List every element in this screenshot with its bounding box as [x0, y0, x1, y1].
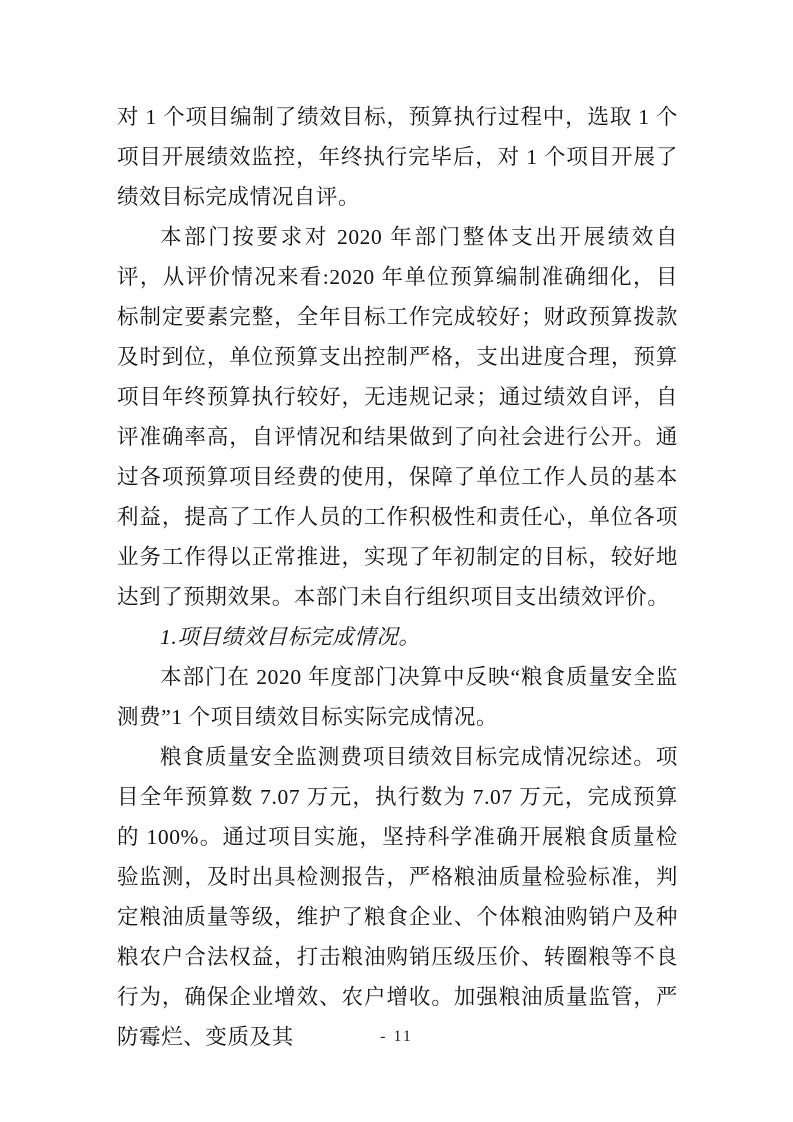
- page-number: - 11: [0, 1025, 793, 1049]
- paragraph-performance-monitoring-continuation: 对 1 个项目编制了绩效目标，预算执行过程中，选取 1 个项目开展绩效监控，年终…: [117, 97, 678, 217]
- section-heading-project-performance-completion: 1.项目绩效目标完成情况。: [117, 617, 678, 657]
- paragraph-project-reflected-in-final-accounts: 本部门在 2020 年度部门决算中反映“粮食质量安全监测费”1 个项目绩效目标实…: [117, 657, 678, 737]
- document-body: 对 1 个项目编制了绩效目标，预算执行过程中，选取 1 个项目开展绩效监控，年终…: [117, 97, 678, 1057]
- document-page: 对 1 个项目编制了绩效目标，预算执行过程中，选取 1 个项目开展绩效监控，年终…: [0, 0, 793, 1122]
- paragraph-overall-expenditure-self-evaluation: 本部门按要求对 2020 年部门整体支出开展绩效自评，从评价情况来看:2020 …: [117, 217, 678, 617]
- paragraph-grain-quality-monitoring-project-summary: 粮食质量安全监测费项目绩效目标完成情况综述。项目全年预算数 7.07 万元，执行…: [117, 737, 678, 1057]
